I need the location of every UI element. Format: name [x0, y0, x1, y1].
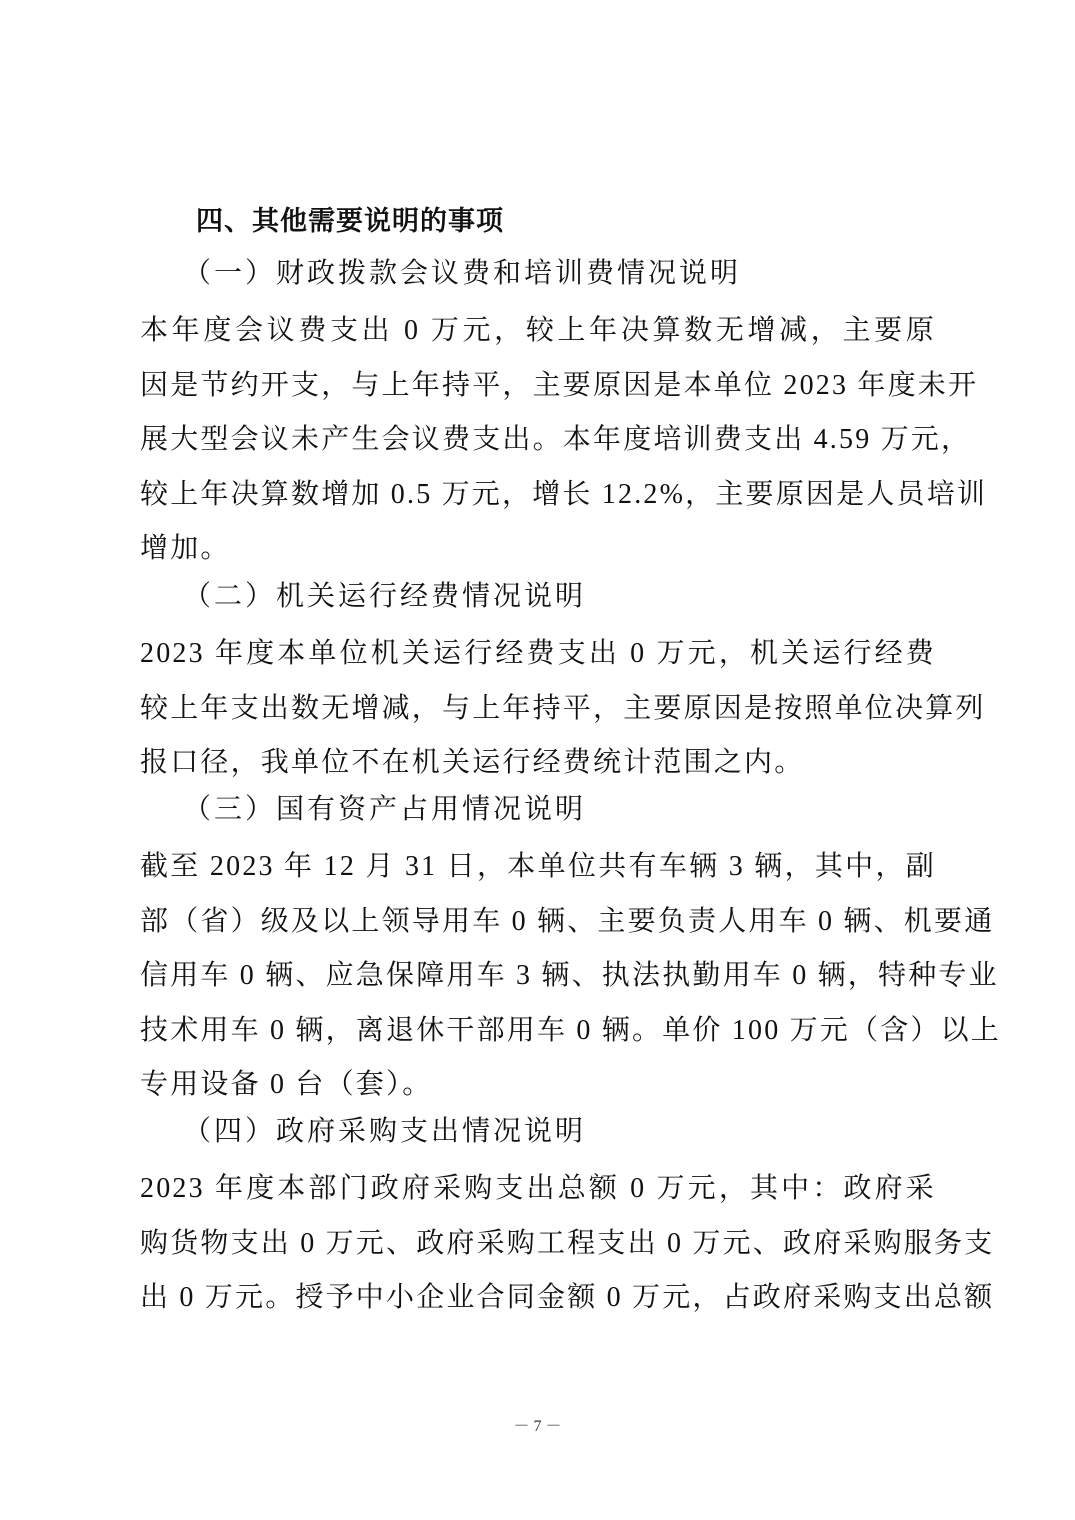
text-line: 较上年支出数无增减，与上年持平，主要原因是按照单位决算列 — [140, 682, 936, 737]
paragraph-operating-expenses: 2023 年度本单位机关运行经费支出 0 万元，机关运行经费 较上年支出数无增减… — [140, 627, 936, 791]
section-heading: 四、其他需要说明的事项 — [196, 200, 504, 244]
text-line: 2023 年度本单位机关运行经费支出 0 万元，机关运行经费 — [140, 627, 936, 682]
paragraph-state-assets: 截至 2023 年 12 月 31 日，本单位共有车辆 3 辆，其中，副 部（省… — [140, 840, 936, 1113]
text-line: 部（省）级及以上领导用车 0 辆、主要负责人用车 0 辆、机要通 — [140, 895, 936, 950]
subsection-title-operating-expenses: （二）机关运行经费情况说明 — [183, 575, 586, 619]
subsection-title-procurement: （四）政府采购支出情况说明 — [183, 1110, 586, 1154]
paragraph-procurement: 2023 年度本部门政府采购支出总额 0 万元，其中：政府采 购货物支出 0 万… — [140, 1162, 936, 1326]
text-line: 本年度会议费支出 0 万元，较上年决算数无增减，主要原 — [140, 304, 936, 359]
text-line: 专用设备 0 台（套）。 — [140, 1058, 936, 1113]
text-line: 技术用车 0 辆，离退休干部用车 0 辆。单价 100 万元（含）以上 — [140, 1004, 936, 1059]
text-line: 展大型会议未产生会议费支出。本年度培训费支出 4.59 万元， — [140, 413, 936, 468]
text-line: 2023 年度本部门政府采购支出总额 0 万元，其中：政府采 — [140, 1162, 936, 1217]
text-line: 报口径，我单位不在机关运行经费统计范围之内。 — [140, 736, 936, 791]
subsection-title-state-assets: （三）国有资产占用情况说明 — [183, 788, 586, 832]
text-line: 购货物支出 0 万元、政府采购工程支出 0 万元、政府采购服务支 — [140, 1217, 936, 1272]
subsection-title-meeting-training: （一）财政拨款会议费和培训费情况说明 — [183, 252, 741, 296]
page-number: － 7 － — [0, 1413, 1075, 1436]
paragraph-meeting-training: 本年度会议费支出 0 万元，较上年决算数无增减，主要原 因是节约开支，与上年持平… — [140, 304, 936, 577]
text-line: 出 0 万元。授予中小企业合同金额 0 万元，占政府采购支出总额 — [140, 1271, 936, 1326]
text-line: 较上年决算数增加 0.5 万元，增长 12.2%，主要原因是人员培训 — [140, 468, 936, 523]
text-line: 因是节约开支，与上年持平，主要原因是本单位 2023 年度未开 — [140, 359, 936, 414]
text-line: 信用车 0 辆、应急保障用车 3 辆、执法执勤用车 0 辆，特种专业 — [140, 949, 936, 1004]
document-page: 四、其他需要说明的事项 （一）财政拨款会议费和培训费情况说明 本年度会议费支出 … — [0, 0, 1075, 1520]
text-line: 增加。 — [140, 522, 936, 577]
text-line: 截至 2023 年 12 月 31 日，本单位共有车辆 3 辆，其中，副 — [140, 840, 936, 895]
